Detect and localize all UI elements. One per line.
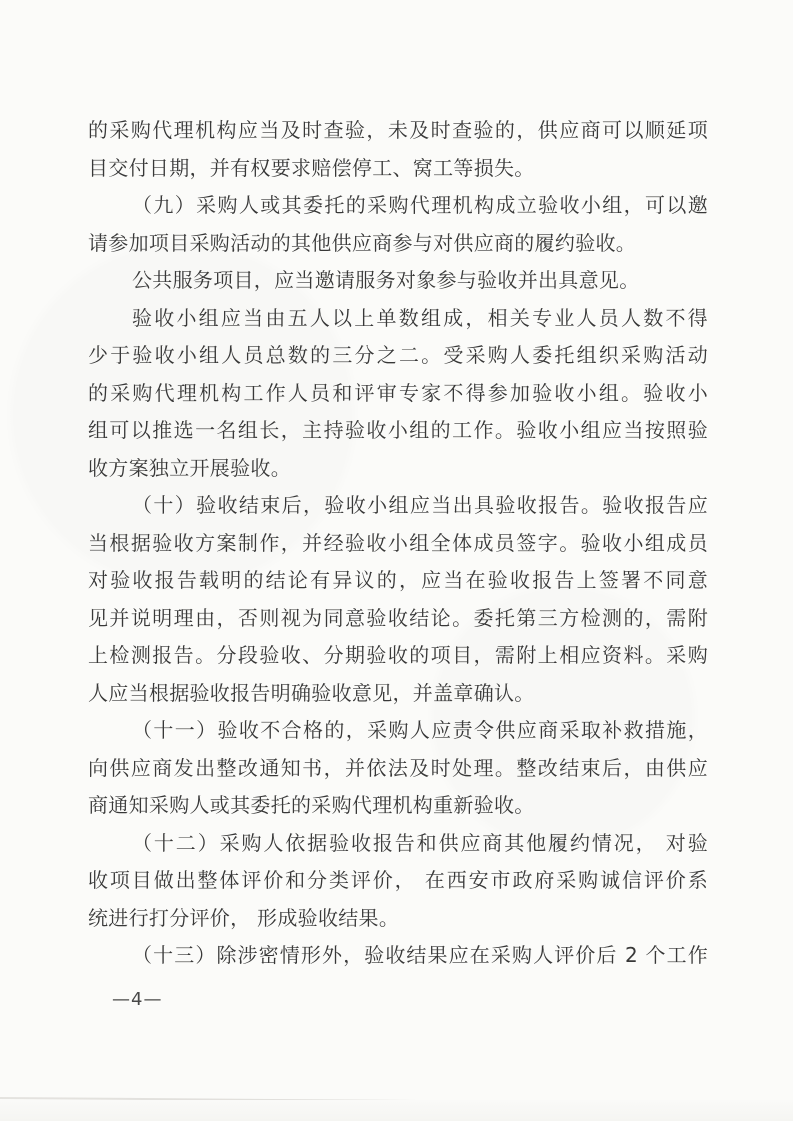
text-line: 的采购代理机构应当及时查验，未及时查验的，供应商可以顺延项 xyxy=(88,112,708,150)
text-line: 组可以推选一名组长，主持验收小组的工作。验收小组应当按照验 xyxy=(88,412,708,450)
text-line: （九）采购人或其委托的采购代理机构成立验收小组，可以邀 xyxy=(88,187,708,225)
text-line: （十三）除涉密情形外，验收结果应在采购人评价后 2 个工作 xyxy=(88,937,708,975)
text-line: 公共服务项目，应当邀请服务对象参与验收并出具意见。 xyxy=(88,262,708,300)
text-line: 当根据验收方案制作，并经验收小组全体成员签字。验收小组成员 xyxy=(88,525,708,563)
text-line: 对验收报告载明的结论有异议的，应当在验收报告上签署不同意 xyxy=(88,562,708,600)
text-line: 统进行打分评价， 形成验收结果。 xyxy=(88,900,708,938)
text-line: （十二）采购人依据验收报告和供应商其他履约情况， 对验 xyxy=(88,825,708,863)
text-line: （十一）验收不合格的，采购人应责令供应商采取补救措施， xyxy=(88,712,708,750)
document-body: 的采购代理机构应当及时查验，未及时查验的，供应商可以顺延项 目交付日期，并有权要… xyxy=(88,112,708,975)
text-line: 验收小组应当由五人以上单数组成，相关专业人员人数不得 xyxy=(88,300,708,338)
page-number: —4— xyxy=(112,988,162,1012)
scan-background-below-edge xyxy=(0,1100,793,1121)
text-line: 见并说明理由，否则视为同意验收结论。委托第三方检测的，需附 xyxy=(88,600,708,638)
text-line: 收方案独立开展验收。 xyxy=(88,450,708,488)
text-line: （十）验收结束后，验收小组应当出具验收报告。验收报告应 xyxy=(88,487,708,525)
text-line: 目交付日期，并有权要求赔偿停工、窝工等损失。 xyxy=(88,150,708,188)
text-line: 人应当根据验收报告明确验收意见，并盖章确认。 xyxy=(88,675,708,713)
scanned-document-page: 的采购代理机构应当及时查验，未及时查验的，供应商可以顺延项 目交付日期，并有权要… xyxy=(0,0,793,1121)
text-line: 向供应商发出整改通知书，并依法及时处理。整改结束后，由供应 xyxy=(88,750,708,788)
text-line: 收项目做出整体评价和分类评价， 在西安市政府采购诚信评价系 xyxy=(88,862,708,900)
text-line: 的采购代理机构工作人员和评审专家不得参加验收小组。验收小 xyxy=(88,375,708,413)
text-line: 上检测报告。分段验收、分期验收的项目，需附上相应资料。采购 xyxy=(88,637,708,675)
text-line: 少于验收小组人员总数的三分之二。受采购人委托组织采购活动 xyxy=(88,337,708,375)
text-line: 商通知采购人或其委托的采购代理机构重新验收。 xyxy=(88,787,708,825)
text-line: 请参加项目采购活动的其他供应商参与对供应商的履约验收。 xyxy=(88,225,708,263)
